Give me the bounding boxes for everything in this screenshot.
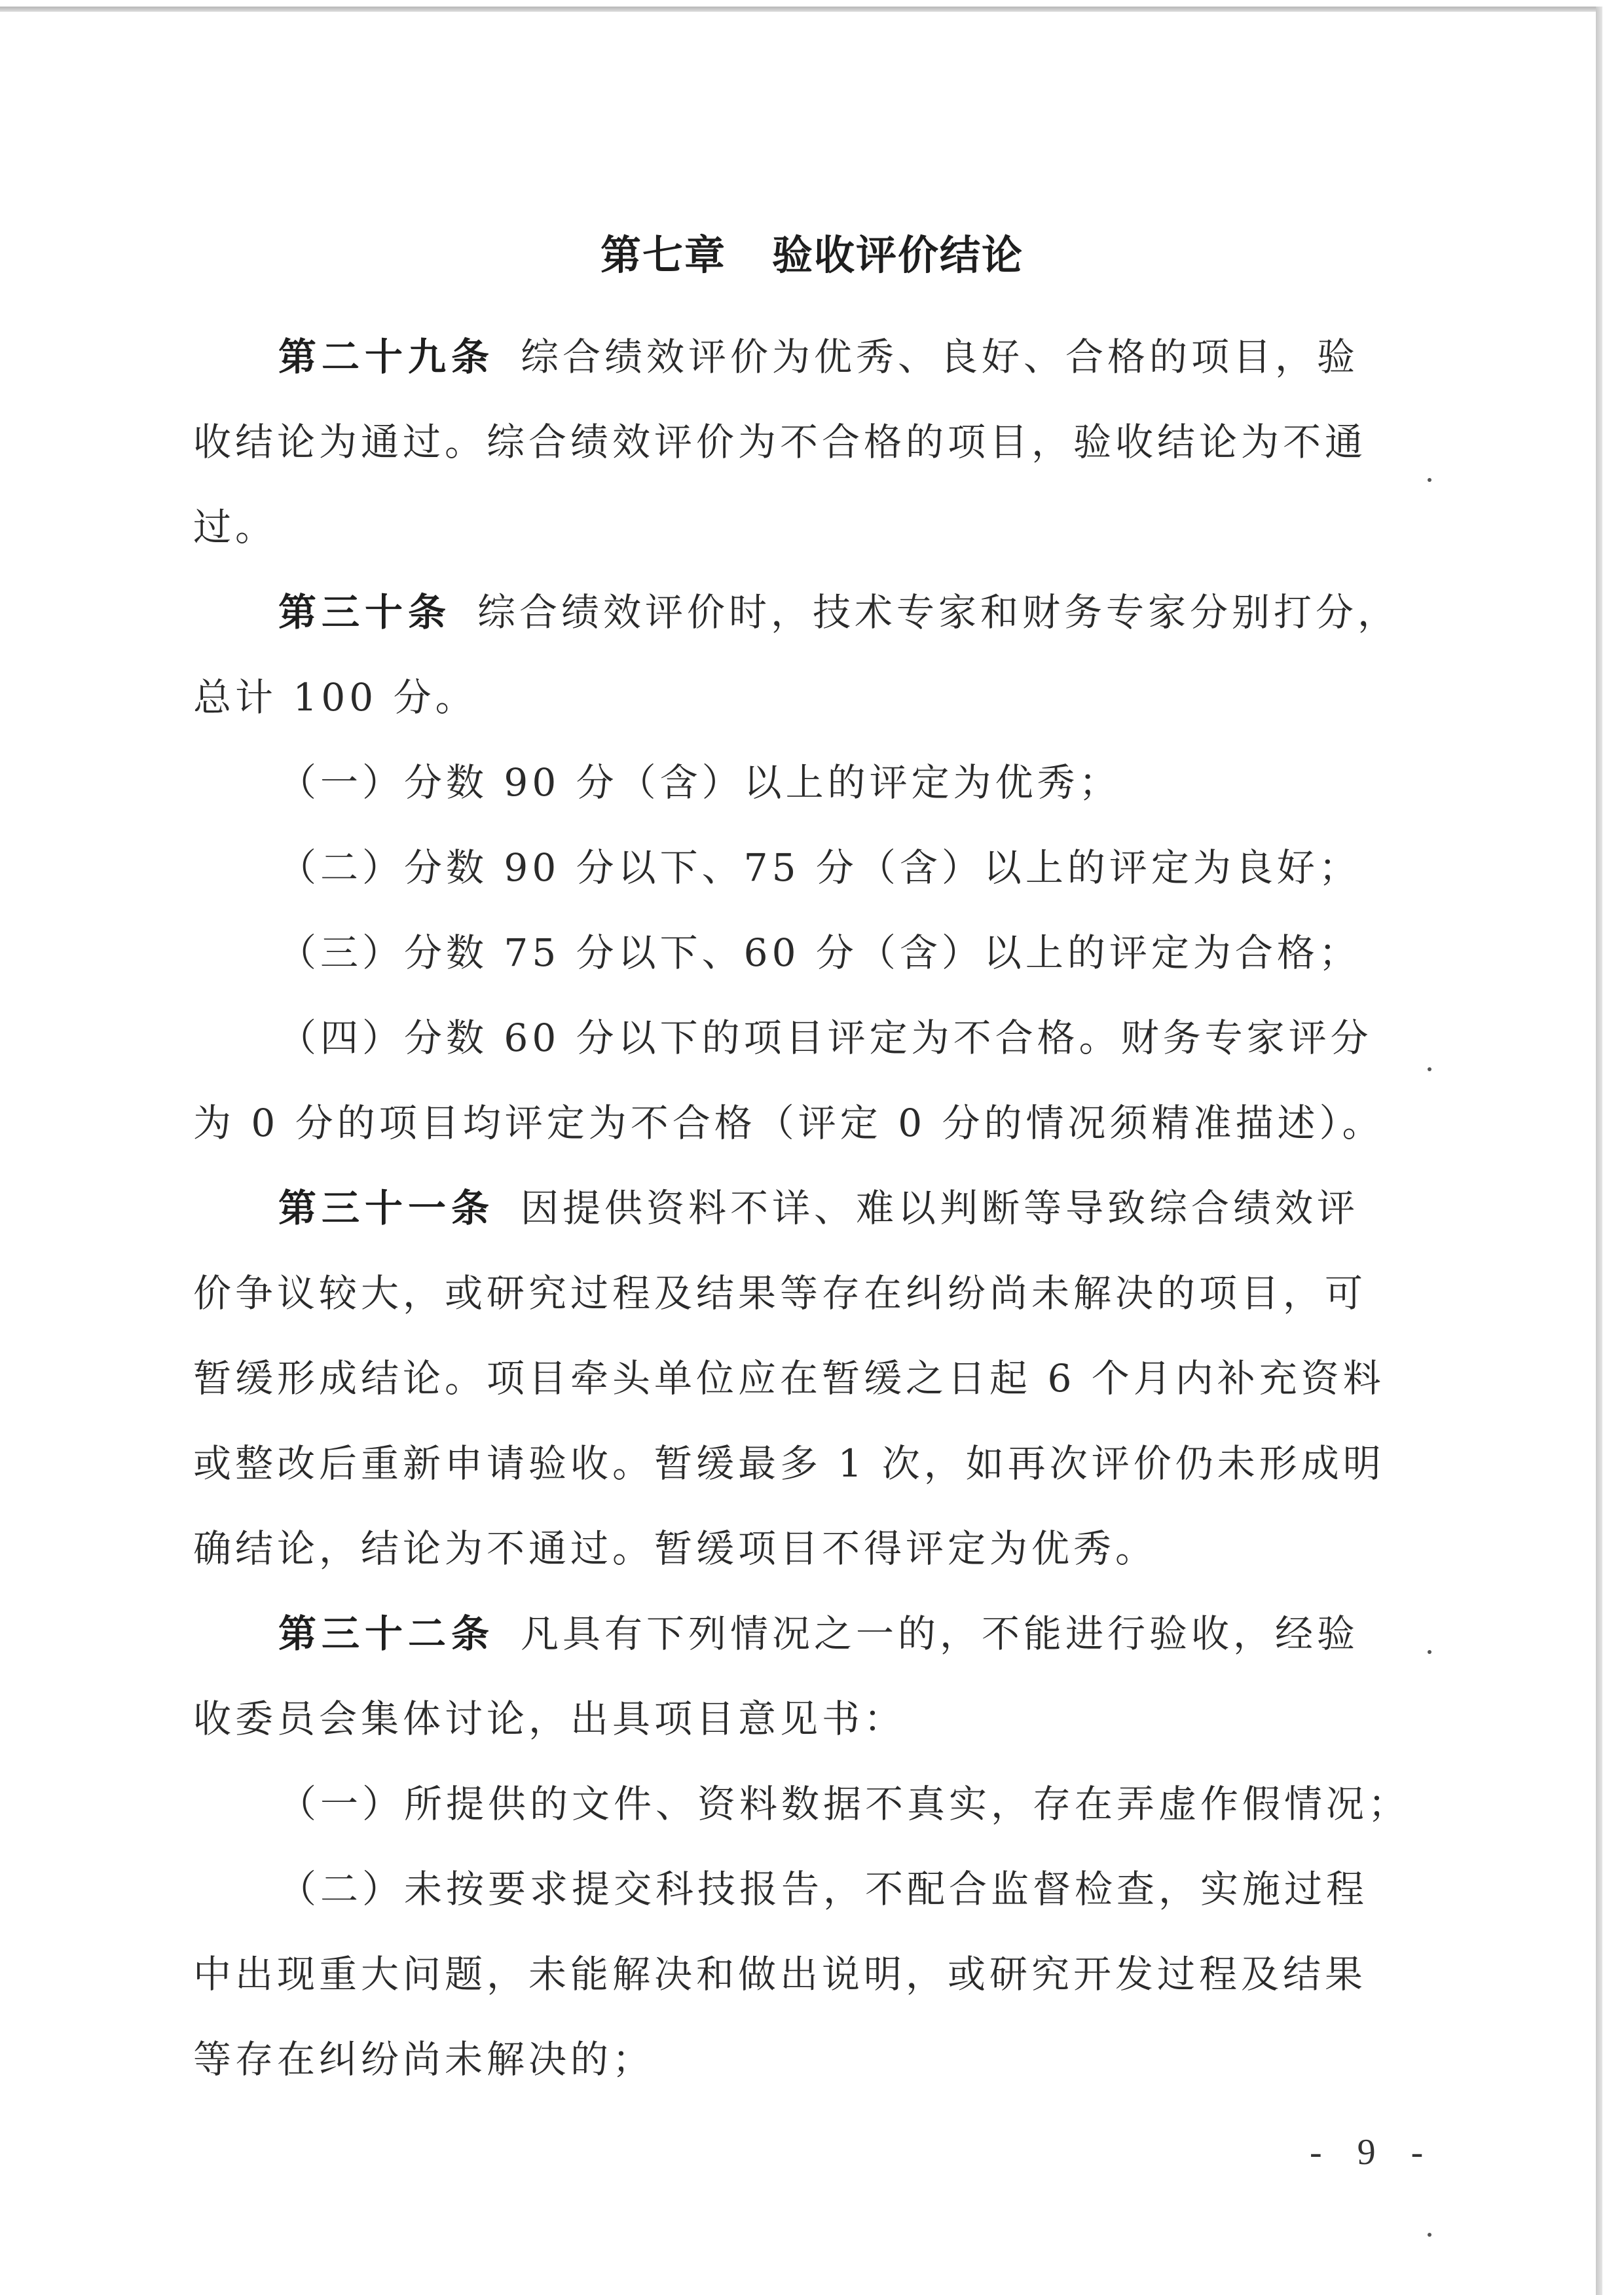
article-text: 凡具有下列情况之一的，不能进行验收，经验 <box>521 1611 1359 1656</box>
article-32-line-1: 第三十二条凡具有下列情况之一的，不能进行验收，经验 <box>278 1611 1411 1657</box>
page-number: - 9 - <box>1310 2131 1436 2173</box>
article-30-item-4-line-2: 为 0 分的项目均评定为不合格（评定 0 分的情况须精准描述）。 <box>193 1100 1411 1146</box>
article-label: 第二十九条 <box>278 335 494 379</box>
article-label: 第三十条 <box>278 590 451 634</box>
article-label: 第三十二条 <box>278 1611 494 1656</box>
article-31-line-1: 第三十一条因提供资料不详、难以判断等导致综合绩效评 <box>278 1185 1411 1231</box>
chapter-number: 第七章 <box>600 231 726 279</box>
article-32-item-2-line-3: 等存在纠纷尚未解决的； <box>193 2036 1411 2082</box>
article-31-line-5: 确结论，结论为不通过。暂缓项目不得评定为优秀。 <box>193 1526 1411 1571</box>
article-text: 综合绩效评价时，技术专家和财务专家分别打分， <box>477 590 1399 634</box>
article-32-item-2-line-1: （二）未按要求提交科技报告，不配合监督检查，实施过程 <box>278 1866 1411 1912</box>
scan-speck <box>1428 478 1431 482</box>
article-30-item-2: （二）分数 90 分以下、75 分（含）以上的评定为良好； <box>278 845 1411 890</box>
chapter-name: 验收评价结论 <box>772 231 1024 279</box>
chapter-title: 第七章验收评价结论 <box>0 223 1624 281</box>
article-29-line-1: 第二十九条综合绩效评价为优秀、良好、合格的项目，验 <box>278 334 1411 380</box>
article-text: 综合绩效评价为优秀、良好、合格的项目，验 <box>521 335 1359 379</box>
article-30-line-2: 总计 100 分。 <box>193 674 1411 720</box>
article-30-item-4-line-1: （四）分数 60 分以下的项目评定为不合格。财务专家评分 <box>278 1015 1411 1061</box>
document-page: 第七章验收评价结论 第二十九条综合绩效评价为优秀、良好、合格的项目，验 收结论为… <box>0 0 1624 2295</box>
article-30-line-1: 第三十条综合绩效评价时，技术专家和财务专家分别打分， <box>278 589 1411 635</box>
article-31-line-4: 或整改后重新申请验收。暂缓最多 1 次，如再次评价仍未形成明 <box>193 1441 1411 1486</box>
article-32-item-1: （一）所提供的文件、资料数据不真实，存在弄虚作假情况； <box>278 1781 1411 1827</box>
scan-speck <box>1428 1067 1431 1071</box>
article-32-line-2: 收委员会集体讨论，出具项目意见书： <box>193 1696 1411 1742</box>
article-text: 因提供资料不详、难以判断等导致综合绩效评 <box>521 1186 1359 1230</box>
article-29-line-2: 收结论为通过。综合绩效评价为不合格的项目，验收结论为不通 <box>193 419 1411 465</box>
article-29-line-3: 过。 <box>193 504 1411 550</box>
scan-speck <box>1428 2233 1431 2237</box>
article-30-item-1: （一）分数 90 分（含）以上的评定为优秀； <box>278 760 1411 805</box>
scan-speck <box>1428 1650 1431 1654</box>
article-31-line-3: 暂缓形成结论。项目牵头单位应在暂缓之日起 6 个月内补充资料 <box>193 1355 1411 1401</box>
article-31-line-2: 价争议较大，或研究过程及结果等存在纠纷尚未解决的项目，可 <box>193 1270 1411 1316</box>
article-label: 第三十一条 <box>278 1186 494 1230</box>
article-30-item-3: （三）分数 75 分以下、60 分（含）以上的评定为合格； <box>278 930 1411 976</box>
article-32-item-2-line-2: 中出现重大问题，未能解决和做出说明，或研究开发过程及结果 <box>193 1951 1411 1997</box>
